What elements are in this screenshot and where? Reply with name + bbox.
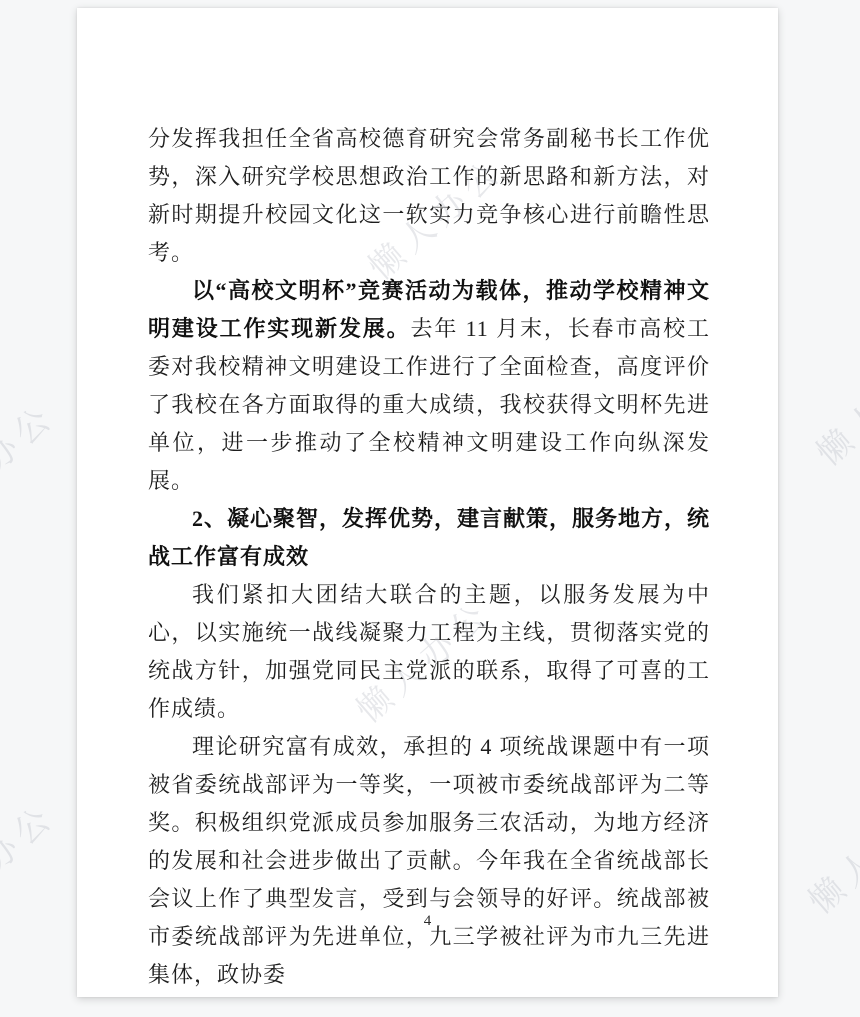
document-page: 懒人办公 懒人办公 分发挥我担任全省高校德育研究会常务副秘书长工作优势，深入研究… [77, 8, 778, 997]
paragraph-text: 分发挥我担任全省高校德育研究会常务副秘书长工作优势，深入研究学校思想政治工作的新… [148, 126, 710, 265]
paragraph-text: 我们紧扣大团结大联合的主题，以服务发展为中心，以实施统一战线凝聚力工程为主线，贯… [148, 582, 710, 721]
paragraph-text: 理论研究富有成效，承担的 4 项统战课题中有一项被省委统战部评为一等奖，一项被市… [148, 734, 710, 987]
desktop-background: { "watermark": { "text": "懒人办公" }, "page… [0, 0, 860, 1017]
watermark-text: 懒人办公 [796, 778, 860, 923]
page-content: 分发挥我担任全省高校德育研究会常务副秘书长工作优势，深入研究学校思想政治工作的新… [148, 120, 710, 994]
watermark-text: 懒人办公 [0, 390, 64, 535]
paragraph-civilization-cup: 以“高校文明杯”竞赛活动为载体，推动学校精神文明建设工作实现新发展。去年 11 … [148, 272, 710, 500]
paragraph-text: 去年 11 月末，长春市高校工委对我校精神文明建设工作进行了全面检查，高度评价了… [148, 316, 710, 493]
page-number: 4 [77, 913, 778, 930]
paragraph-united-front-theme: 我们紧扣大团结大联合的主题，以服务发展为中心，以实施统一战线凝聚力工程为主线，贯… [148, 576, 710, 728]
heading-section-2: 2、凝心聚智，发挥优势，建言献策，服务地方，统战工作富有成效 [148, 500, 710, 576]
paragraph-continuation: 分发挥我担任全省高校德育研究会常务副秘书长工作优势，深入研究学校思想政治工作的新… [148, 120, 710, 272]
watermark-text: 懒人办公 [804, 330, 860, 475]
paragraph-theory-research: 理论研究富有成效，承担的 4 项统战课题中有一项被省委统战部评为一等奖，一项被市… [148, 728, 710, 994]
paragraph-bold-text: 2、凝心聚智，发挥优势，建言献策，服务地方，统战工作富有成效 [148, 506, 710, 569]
watermark-text: 懒人办公 [0, 790, 64, 935]
